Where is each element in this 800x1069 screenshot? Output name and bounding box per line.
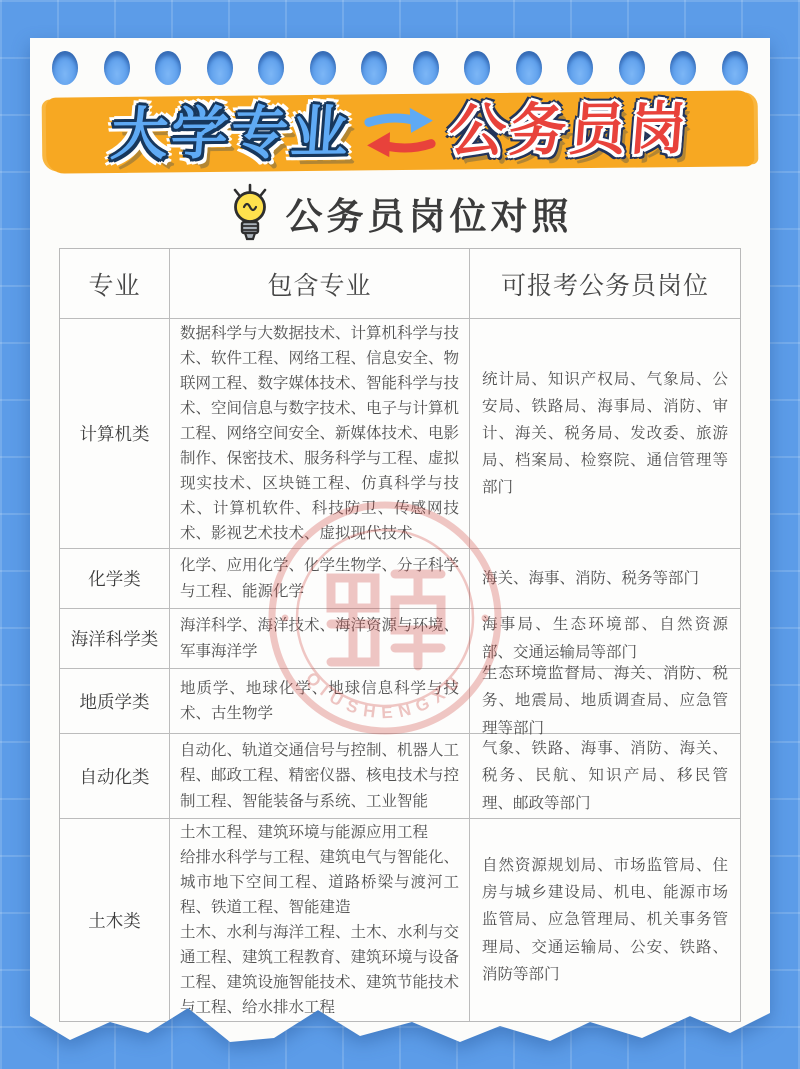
binder-hole-icon: [52, 51, 78, 85]
row-automation-positions: 气象、铁路、海事、消防、海关、税务、民航、知识产局、移民管理、邮政等部门: [470, 734, 740, 819]
paper-card: 大学专业 公务员岗: [30, 38, 770, 1042]
row-automation-major: 自动化类: [60, 734, 170, 819]
col-header-major: 专业: [60, 249, 170, 319]
binder-hole-icon: [670, 51, 696, 85]
row-civil-includes: 土木工程、建筑环境与能源应用工程 给排水科学与工程、建筑电气与智能化、城市地下空…: [170, 819, 470, 1021]
infographic-page: 大学专业 公务员岗: [0, 0, 800, 1069]
col-header-positions: 可报考公务员岗位: [470, 249, 740, 319]
row-computer-positions: 统计局、知识产权局、气象局、公安局、铁路局、海事局、消防、审计、海关、税务局、发…: [470, 319, 740, 549]
binder-hole-icon: [413, 51, 439, 85]
row-geology-major: 地质学类: [60, 669, 170, 734]
paper-card-shadow: 大学专业 公务员岗: [30, 38, 770, 1042]
title-banner: 大学专业 公务员岗: [46, 90, 755, 173]
row-computer-major: 计算机类: [60, 319, 170, 549]
binder-hole-icon: [464, 51, 490, 85]
binder-hole-icon: [104, 51, 130, 85]
title-right: 公务员岗: [447, 100, 691, 160]
row-geology-includes: 地质学、地球化学、地球信息科学与技术、古生物学: [170, 669, 470, 734]
row-chemistry-positions: 海关、海事、消防、税务等部门: [470, 549, 740, 609]
binder-hole-icon: [619, 51, 645, 85]
majors-positions-table: 专业 包含专业 可报考公务员岗位 计算机类 数据科学与大数据技术、计算机科学与技…: [59, 248, 741, 1022]
row-chemistry-major: 化学类: [60, 549, 170, 609]
binder-hole-icon: [207, 51, 233, 85]
row-geology-positions: 生态环境监督局、海关、消防、税务、地震局、地质调查局、应急管理等部门: [470, 669, 740, 734]
binder-hole-icon: [310, 51, 336, 85]
row-civil-positions: 自然资源规划局、市场监管局、住房与城乡建设局、机电、能源市场监管局、应急管理局、…: [470, 819, 740, 1021]
subtitle-row: 公务员岗位对照: [30, 178, 770, 248]
row-marine-includes: 海洋科学、海洋技术、海洋资源与环境、军事海洋学: [170, 609, 470, 669]
binder-hole-icon: [567, 51, 593, 85]
binder-hole-icon: [516, 51, 542, 85]
swap-arrows-icon: [363, 100, 438, 165]
binder-hole-icon: [258, 51, 284, 85]
binder-hole-icon: [155, 51, 181, 85]
row-chemistry-includes: 化学、应用化学、化学生物学、分子科学与工程、能源化学: [170, 549, 470, 609]
row-marine-major: 海洋科学类: [60, 609, 170, 669]
title-left: 大学专业: [109, 104, 353, 164]
row-computer-includes: 数据科学与大数据技术、计算机科学与技术、软件工程、网络工程、信息安全、物联网工程…: [170, 319, 470, 549]
row-civil-major: 土木类: [60, 819, 170, 1021]
lightbulb-icon: [228, 183, 272, 243]
binder-hole-icon: [722, 51, 748, 85]
row-automation-includes: 自动化、轨道交通信号与控制、机器人工程、邮政工程、精密仪器、核电技术与控制工程、…: [170, 734, 470, 819]
subtitle-text: 公务员岗位对照: [286, 186, 573, 240]
col-header-includes: 包含专业: [170, 249, 470, 319]
binder-holes-row: [52, 50, 748, 86]
binder-hole-icon: [361, 51, 387, 85]
